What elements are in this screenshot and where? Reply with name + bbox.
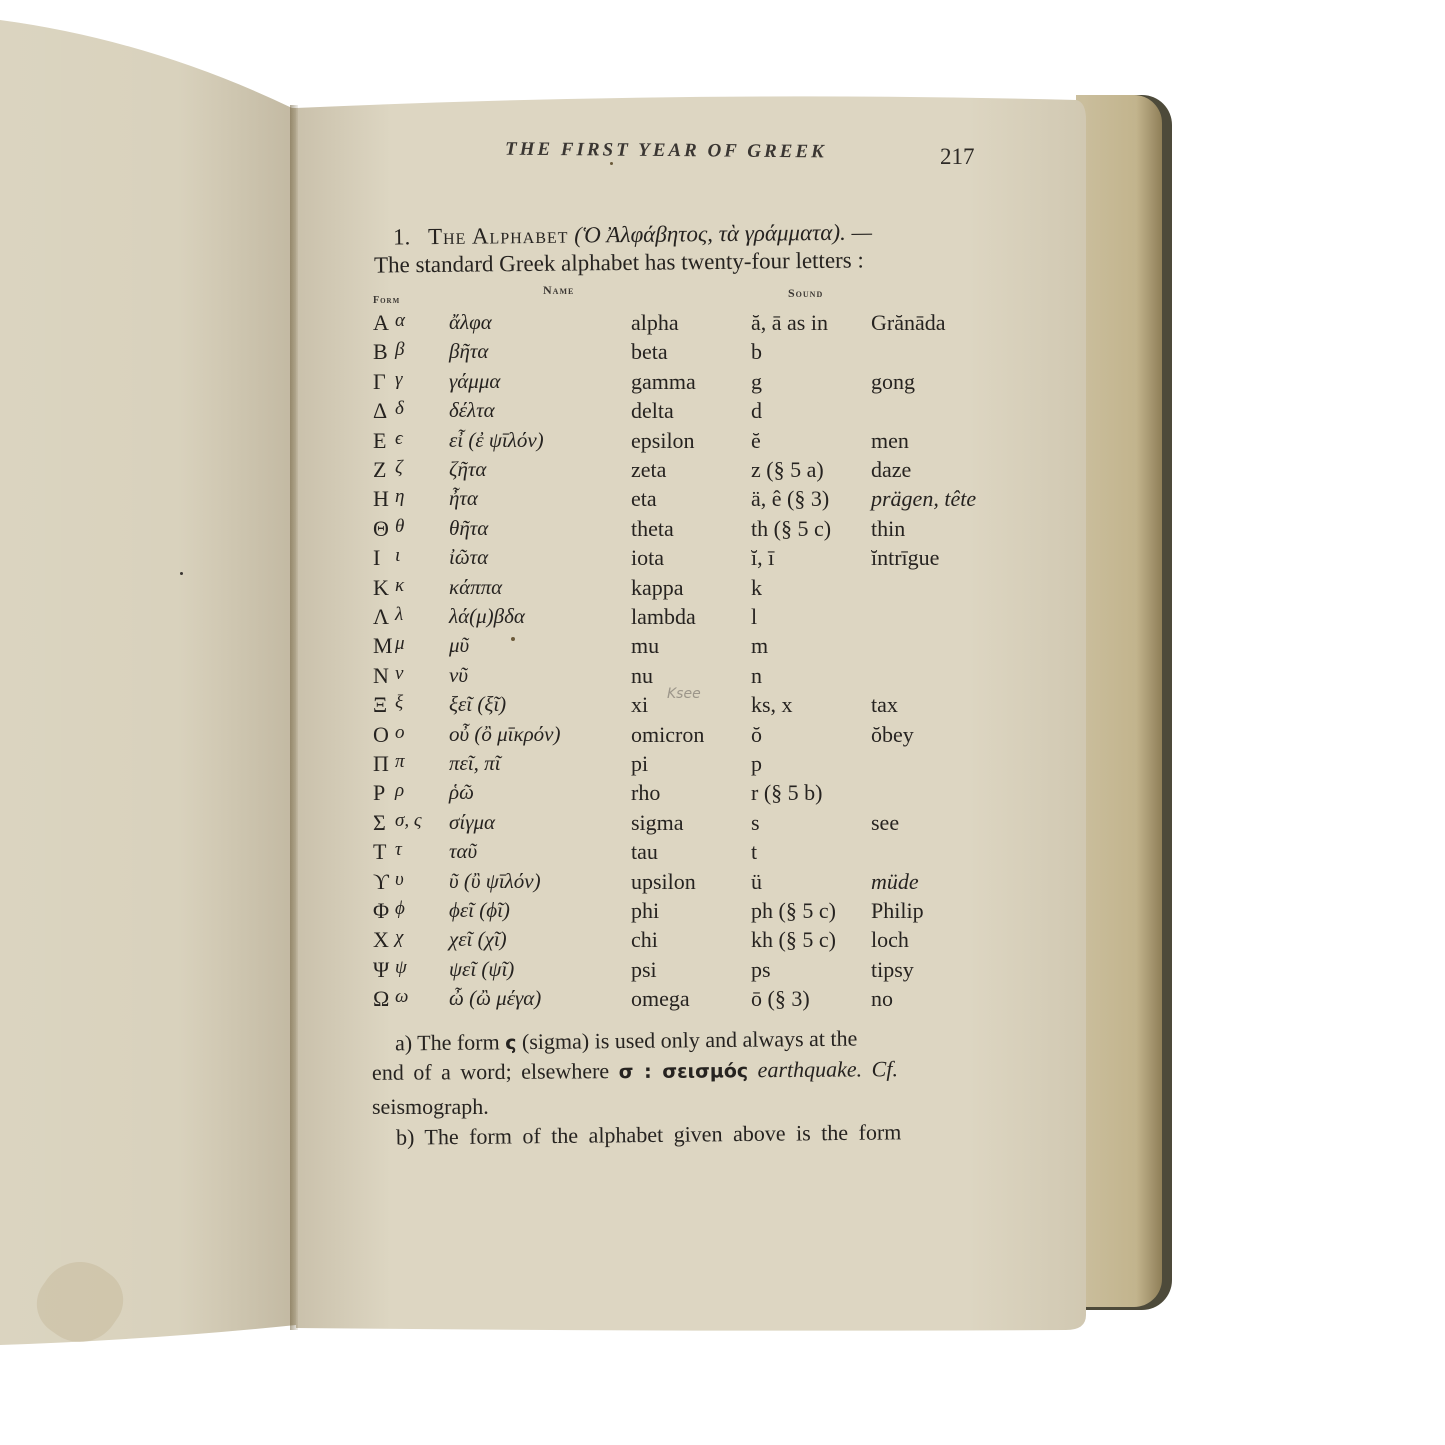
letter-lowercase: π	[395, 751, 405, 773]
english-name: zeta	[631, 457, 666, 483]
example-word: prägen, tête	[871, 486, 976, 512]
example-word: daze	[871, 457, 911, 483]
letter-lowercase: ν	[395, 663, 403, 685]
letter-lowercase: υ	[395, 869, 404, 891]
english-name: eta	[631, 486, 657, 512]
example-word: men	[871, 428, 909, 454]
english-name: omega	[631, 986, 690, 1012]
section-intro: The standard Greek alphabet has twenty-f…	[374, 247, 864, 278]
english-name: epsilon	[631, 428, 695, 454]
english-name: nu	[631, 663, 653, 689]
sound: p	[751, 751, 762, 777]
letter-lowercase: θ	[395, 516, 404, 538]
letter-lowercase: ρ	[395, 780, 404, 802]
ink-speck	[610, 162, 613, 165]
letter-uppercase: ϒ	[373, 869, 389, 895]
letter-lowercase: λ	[395, 604, 403, 626]
english-name: xi	[631, 692, 648, 718]
letter-lowercase: ο	[395, 722, 405, 744]
sound: z (§ 5 a)	[751, 457, 824, 483]
english-name: psi	[631, 957, 657, 983]
english-name: upsilon	[631, 869, 696, 895]
letter-lowercase: ω	[395, 986, 408, 1008]
english-name: iota	[631, 545, 664, 571]
greek-name: ϕεῖ (ϕῖ)	[449, 898, 510, 923]
greek-name: χεῖ (χῖ)	[449, 927, 507, 952]
sound: ĕ	[751, 428, 761, 454]
letter-uppercase: Λ	[373, 604, 389, 630]
sound: t	[751, 839, 757, 865]
earthquake-gloss: earthquake.	[748, 1056, 862, 1082]
sound: ks, x	[751, 692, 793, 718]
greek-name: νῦ	[449, 663, 468, 688]
greek-name: ξεῖ (ξῖ)	[449, 692, 506, 717]
english-name: omicron	[631, 722, 704, 748]
example-word: see	[871, 810, 899, 836]
letter-uppercase: Β	[373, 339, 388, 365]
header-sound: Sound	[788, 286, 823, 301]
letter-lowercase: ξ	[395, 692, 403, 714]
letter-uppercase: Κ	[373, 575, 389, 601]
sound: m	[751, 633, 768, 659]
letter-lowercase: τ	[395, 839, 402, 861]
example-word: Grănāda	[871, 310, 946, 336]
english-name: theta	[631, 516, 674, 542]
example-word: ŏbey	[871, 722, 914, 748]
english-name: lambda	[631, 604, 696, 630]
sound: k	[751, 575, 762, 601]
greek-name: λά(μ)βδα	[449, 604, 525, 629]
greek-name: βῆτα	[449, 339, 488, 364]
letter-uppercase: Ρ	[373, 780, 385, 806]
english-name: kappa	[631, 575, 684, 601]
letter-lowercase: κ	[395, 575, 404, 597]
letter-uppercase: Φ	[373, 898, 389, 924]
book-photo: THE FIRST YEAR OF GREEK 217 1. The Alpha…	[0, 0, 1445, 1445]
letter-uppercase: Ψ	[373, 957, 389, 983]
english-name: gamma	[631, 369, 696, 395]
letter-lowercase: ϕ	[395, 898, 405, 920]
letter-uppercase: Σ	[373, 810, 386, 836]
letter-lowercase: η	[395, 486, 404, 508]
greek-name: ζῆτα	[449, 457, 486, 482]
note-a-line-1: a) The form ς (sigma) is used only and a…	[395, 1026, 858, 1057]
letter-uppercase: Τ	[373, 839, 386, 865]
english-name: chi	[631, 927, 658, 953]
final-sigma-glyph: ς	[505, 1032, 516, 1054]
sound: n	[751, 663, 762, 689]
letter-lowercase: β	[395, 339, 404, 361]
letter-uppercase: Ι	[373, 545, 380, 571]
letter-uppercase: Μ	[373, 633, 393, 659]
letter-uppercase: Α	[373, 310, 389, 336]
example-word: müde	[871, 869, 919, 895]
ink-speck	[511, 637, 515, 641]
letter-uppercase: Ω	[373, 986, 389, 1012]
greek-name: ἰῶτα	[449, 545, 488, 570]
sound: l	[751, 604, 757, 630]
letter-lowercase: ι	[395, 545, 400, 567]
note-a-line-2: end of a word; elsewhere σ : σεισμός ear…	[372, 1056, 898, 1086]
greek-name: ταῦ	[449, 839, 477, 864]
sound: d	[751, 398, 762, 424]
section-title-greek: (Ὁ Ἀλφάβητος, τὰ γράμματα). —	[574, 219, 872, 247]
example-word: Philip	[871, 898, 924, 924]
section-title-text: The Alphabet	[428, 223, 569, 249]
sound: th (§ 5 c)	[751, 516, 831, 542]
greek-name: γάμμα	[449, 369, 500, 394]
greek-name: ἦτα	[449, 486, 478, 511]
letter-uppercase: Ζ	[373, 457, 386, 483]
letter-lowercase: γ	[395, 369, 403, 391]
note-b-line-1: b) The form of the alphabet given above …	[396, 1119, 902, 1150]
example-word: tipsy	[871, 957, 914, 983]
greek-name: κάππα	[449, 575, 502, 600]
sound: g	[751, 369, 762, 395]
letter-uppercase: Δ	[373, 398, 387, 424]
note-a-line-3: seismograph.	[372, 1094, 489, 1120]
greek-name: σίγμα	[449, 810, 495, 835]
sound: r (§ 5 b)	[751, 780, 822, 806]
english-name: delta	[631, 398, 674, 424]
greek-name: θῆτα	[449, 516, 488, 541]
sound: ŏ	[751, 722, 762, 748]
letter-uppercase: Η	[373, 486, 389, 512]
sound: s	[751, 810, 760, 836]
sound: ps	[751, 957, 771, 983]
greek-name: εἶ (ἐ ψῑλόν)	[449, 428, 544, 453]
note-a-text-cont: (sigma) is used only and always at the	[516, 1026, 857, 1055]
sound: ä, ê (§ 3)	[751, 486, 829, 512]
english-name: phi	[631, 898, 659, 924]
letter-lowercase: ψ	[395, 957, 407, 979]
example-word: ĭntrīgue	[871, 545, 939, 571]
example-word: no	[871, 986, 893, 1012]
greek-name: ἄλφα	[449, 310, 492, 335]
cf-abbrev: Cf.	[862, 1056, 898, 1081]
note-a-line2-text: end of a word; elsewhere	[372, 1058, 619, 1085]
letter-lowercase: χ	[395, 927, 403, 949]
letter-lowercase: ϵ	[395, 428, 403, 450]
page-number: 217	[940, 144, 975, 170]
greek-name: ῥῶ	[449, 780, 474, 805]
letter-uppercase: Π	[373, 751, 389, 777]
greek-name: οὖ (ὂ μῑκρόν)	[449, 722, 560, 747]
example-word: tax	[871, 692, 898, 718]
sound: ĭ, ī	[751, 545, 774, 571]
running-head: THE FIRST YEAR OF GREEK	[505, 139, 827, 164]
sound: ph (§ 5 c)	[751, 898, 836, 924]
english-name: alpha	[631, 310, 679, 336]
greek-name: ῦ (ὒ ψῑλόν)	[449, 869, 541, 894]
letter-lowercase: μ	[395, 633, 405, 655]
letter-uppercase: Ξ	[373, 692, 387, 718]
letter-lowercase: σ, ς	[395, 810, 422, 832]
ink-speck	[180, 572, 183, 575]
header-name: Name	[543, 283, 574, 298]
english-name: pi	[631, 751, 648, 777]
seismos-greek: σ : σεισμός	[619, 1060, 749, 1083]
header-form: Form	[373, 295, 400, 306]
letter-uppercase: Γ	[373, 369, 386, 395]
letter-uppercase: Ν	[373, 663, 389, 689]
letter-uppercase: Θ	[373, 516, 389, 542]
greek-name: ψεῖ (ψῖ)	[449, 957, 514, 982]
letter-uppercase: Χ	[373, 927, 389, 953]
letter-lowercase: δ	[395, 398, 404, 420]
english-name: tau	[631, 839, 658, 865]
letter-uppercase: Ε	[373, 428, 386, 454]
letter-lowercase: ζ	[395, 457, 403, 479]
letter-uppercase: Ο	[373, 722, 389, 748]
example-word: thin	[871, 516, 905, 542]
english-name: rho	[631, 780, 660, 806]
english-name: mu	[631, 633, 659, 659]
example-word: gong	[871, 369, 915, 395]
sound: b	[751, 339, 762, 365]
letter-lowercase: α	[395, 310, 405, 332]
section-number: 1.	[393, 224, 411, 249]
sound: ü	[751, 869, 762, 895]
section-title: 1. The Alphabet (Ὁ Ἀλφάβητος, τὰ γράμματ…	[393, 219, 872, 250]
note-a-text: a) The form	[395, 1029, 505, 1055]
greek-name: μῦ	[449, 633, 469, 658]
greek-name: πεῖ, πῖ	[449, 751, 501, 776]
sound: ă, ā as in	[751, 310, 828, 336]
sound: ō (§ 3)	[751, 986, 810, 1012]
greek-name: ὦ (ὢ μέγα)	[449, 986, 541, 1011]
page-text: THE FIRST YEAR OF GREEK 217 1. The Alpha…	[0, 0, 1445, 1445]
example-word: loch	[871, 927, 909, 953]
sound: kh (§ 5 c)	[751, 927, 836, 953]
pencil-annotation: Ksee	[667, 686, 701, 702]
english-name: sigma	[631, 810, 684, 836]
english-name: beta	[631, 339, 668, 365]
greek-name: δέλτα	[449, 398, 495, 423]
